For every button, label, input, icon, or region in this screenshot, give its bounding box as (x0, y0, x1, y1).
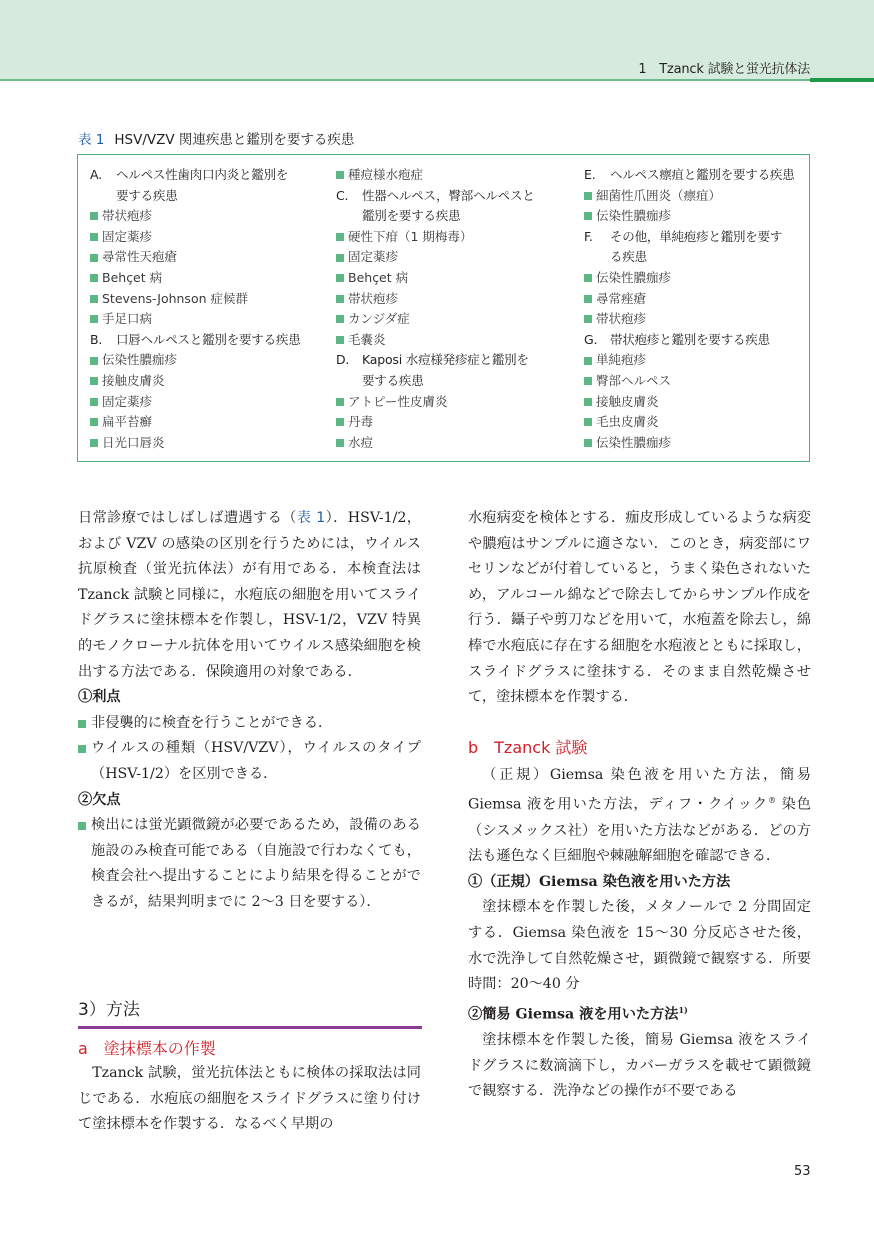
table-caption-text: HSV/VZV 関連疾患と鑑別を要する疾患 (114, 132, 354, 148)
tzanck-intro-paragraph: （正規）Giemsa 染色液を用いた方法，簡易 Giemsa 液を用いた方法，デ… (468, 763, 811, 870)
smear-preparation-text: Tzanck 試験，蛍光抗体法ともに検体の採取法は同じである．水疱底の細胞をスラ… (78, 1061, 421, 1138)
table-list-item: 帯状疱疹 (336, 289, 576, 310)
method2-heading: ②簡易 Giemsa 液を用いた方法1) (468, 998, 811, 1028)
table-list-item: 接触皮膚炎 (584, 392, 804, 413)
table-list-item: Behçet 病 (336, 268, 576, 289)
method1-text: 塗抹標本を作製した後，メタノールで 2 分間固定する．Giemsa 染色液を 1… (468, 895, 811, 997)
table-list-item: 日光口唇炎 (90, 433, 340, 454)
intro-paragraph: 日常診療ではしばしば遭遇する（表 1）．HSV-1/2，および VZV の感染の… (78, 506, 421, 685)
reference-superscript[interactable]: 1) (678, 1005, 687, 1015)
table-list-item: Behçet 病 (90, 268, 340, 289)
table-group-heading: D.Kaposi 水痘様発疹症と鑑別を (336, 350, 576, 371)
square-bullet-icon (90, 212, 98, 220)
registered-mark: ® (768, 796, 776, 805)
table-list-item: 接触皮膚炎 (90, 371, 340, 392)
square-bullet-icon (336, 233, 344, 241)
continuation-paragraph: 水疱病変を検体とする．痂皮形成しているような病変や膿疱はサンプルに適さない．この… (468, 506, 811, 711)
table-list-item: 伝染性膿痂疹 (584, 206, 804, 227)
right-text-column: 水疱病変を検体とする．痂皮形成しているような病変や膿疱はサンプルに適さない．この… (468, 506, 811, 1105)
square-bullet-icon (336, 398, 344, 406)
square-bullet-icon (90, 377, 98, 385)
square-bullet-icon (90, 295, 98, 303)
table-column-2: 種痘様水疱症C.性器ヘルペス，臀部ヘルペスと鑑別を要する疾患硬性下疳（1 期梅毒… (336, 165, 576, 453)
square-bullet-icon (336, 439, 344, 447)
table-group-heading: 鑑別を要する疾患 (336, 206, 576, 227)
table-list-item: 手足口病 (90, 309, 340, 330)
square-bullet-icon (584, 439, 592, 447)
square-bullet-icon (90, 439, 98, 447)
table-group-heading: 要する疾患 (336, 371, 576, 392)
table-list-item: 細菌性爪囲炎（瘭疽） (584, 186, 804, 207)
table-list-item: 帯状疱疹 (584, 309, 804, 330)
table-group-heading: G.帯状疱疹と鑑別を要する疾患 (584, 330, 804, 351)
table-group-heading: E.ヘルペス瘭疽と鑑別を要する疾患 (584, 165, 804, 186)
table-group-heading: F.その他，単純疱疹と鑑別を要す (584, 227, 804, 248)
table-group-heading: C.性器ヘルペス，臀部ヘルペスと (336, 186, 576, 207)
table-list-item: 臀部ヘルペス (584, 371, 804, 392)
subheading-tzanck-test: b Tzanck 試験 (468, 735, 811, 761)
square-bullet-icon (336, 254, 344, 262)
section-rule (78, 1026, 422, 1029)
table-group-heading: 要する疾患 (90, 186, 340, 207)
table-list-item: 硬性下疳（1 期梅毒） (336, 227, 576, 248)
table-list-item: 伝染性膿痂疹 (584, 433, 804, 454)
left-text-column: 日常診療ではしばしば遭遇する（表 1）．HSV-1/2，および VZV の感染の… (78, 506, 421, 916)
method2-text: 塗抹標本を作製した後，簡易 Giemsa 液をスライドグラスに数滴滴下し，カバー… (468, 1028, 811, 1105)
square-bullet-icon (584, 212, 592, 220)
square-bullet-icon (584, 357, 592, 365)
bullet-list-item: ウイルスの種類（HSV/VZV），ウイルスのタイプ（HSV-1/2）を区別できる… (78, 736, 421, 787)
running-title: 1 Tzanck 試験と蛍光抗体法 (638, 58, 810, 77)
table-group-heading: る疾患 (584, 247, 804, 268)
disadvantages-heading: ②欠点 (78, 788, 421, 814)
table-list-item: 毛嚢炎 (336, 330, 576, 351)
subheading-smear-preparation: a 塗抹標本の作製 (78, 1036, 216, 1059)
square-bullet-icon (584, 295, 592, 303)
table-list-item: 固定薬疹 (90, 227, 340, 248)
square-bullet-icon (336, 295, 344, 303)
table-caption: 表 1HSV/VZV 関連疾患と鑑別を要する疾患 (78, 128, 354, 148)
advantages-list: 非侵襲的に検査を行うことができる．ウイルスの種類（HSV/VZV），ウイルスのタ… (78, 711, 421, 788)
table-list-item: Stevens-Johnson 症候群 (90, 289, 340, 310)
table-reference-link[interactable]: 表 1 (297, 510, 326, 526)
table-list-item: 伝染性膿痂疹 (90, 350, 340, 371)
square-bullet-icon (336, 418, 344, 426)
disadvantages-list: 検出には蛍光顕微鏡が必要であるため，設備のある施設のみ検査可能である（自施設で行… (78, 813, 421, 915)
square-bullet-icon (584, 398, 592, 406)
square-bullet-icon (78, 720, 86, 728)
square-bullet-icon (90, 357, 98, 365)
table-list-item: アトピー性皮膚炎 (336, 392, 576, 413)
table-caption-label: 表 1 (78, 132, 104, 148)
square-bullet-icon (90, 274, 98, 282)
square-bullet-icon (336, 171, 344, 179)
square-bullet-icon (90, 398, 98, 406)
table-list-item: 伝染性膿痂疹 (584, 268, 804, 289)
table-list-item: 種痘様水疱症 (336, 165, 576, 186)
table-list-item: 水痘 (336, 433, 576, 454)
header-rule (0, 79, 874, 81)
bullet-list-item: 非侵襲的に検査を行うことができる． (78, 711, 421, 737)
table-list-item: 単純疱疹 (584, 350, 804, 371)
table-list-item: カンジダ症 (336, 309, 576, 330)
differential-diagnosis-table: A.ヘルペス性歯肉口内炎と鑑別を要する疾患帯状疱疹固定薬疹尋常性天疱瘡Behçe… (77, 154, 810, 462)
table-group-heading: A.ヘルペス性歯肉口内炎と鑑別を (90, 165, 340, 186)
square-bullet-icon (336, 336, 344, 344)
square-bullet-icon (90, 233, 98, 241)
square-bullet-icon (584, 418, 592, 426)
table-list-item: 固定薬疹 (336, 247, 576, 268)
table-list-item: 扁平苔癬 (90, 412, 340, 433)
bullet-list-item: 検出には蛍光顕微鏡が必要であるため，設備のある施設のみ検査可能である（自施設で行… (78, 813, 421, 915)
table-group-heading: B.口唇ヘルペスと鑑別を要する疾患 (90, 330, 340, 351)
table-column-3: E.ヘルペス瘭疽と鑑別を要する疾患細菌性爪囲炎（瘭疽）伝染性膿痂疹F.その他，単… (584, 165, 804, 453)
square-bullet-icon (90, 418, 98, 426)
square-bullet-icon (584, 192, 592, 200)
square-bullet-icon (78, 822, 86, 830)
section-heading-method: 3）方法 (78, 995, 140, 1020)
advantages-heading: ①利点 (78, 685, 421, 711)
table-list-item: 尋常性天疱瘡 (90, 247, 340, 268)
square-bullet-icon (90, 254, 98, 262)
header-rule-accent (810, 78, 874, 82)
square-bullet-icon (336, 274, 344, 282)
table-list-item: 丹毒 (336, 412, 576, 433)
table-list-item: 固定薬疹 (90, 392, 340, 413)
square-bullet-icon (90, 315, 98, 323)
square-bullet-icon (584, 274, 592, 282)
table-list-item: 尋常痤瘡 (584, 289, 804, 310)
square-bullet-icon (336, 315, 344, 323)
page-number: 53 (794, 1164, 811, 1179)
table-list-item: 毛虫皮膚炎 (584, 412, 804, 433)
square-bullet-icon (584, 377, 592, 385)
table-list-item: 帯状疱疹 (90, 206, 340, 227)
square-bullet-icon (78, 745, 86, 753)
table-column-1: A.ヘルペス性歯肉口内炎と鑑別を要する疾患帯状疱疹固定薬疹尋常性天疱瘡Behçe… (90, 165, 340, 453)
method1-heading: ①（正規）Giemsa 染色液を用いた方法 (468, 870, 811, 896)
square-bullet-icon (584, 315, 592, 323)
